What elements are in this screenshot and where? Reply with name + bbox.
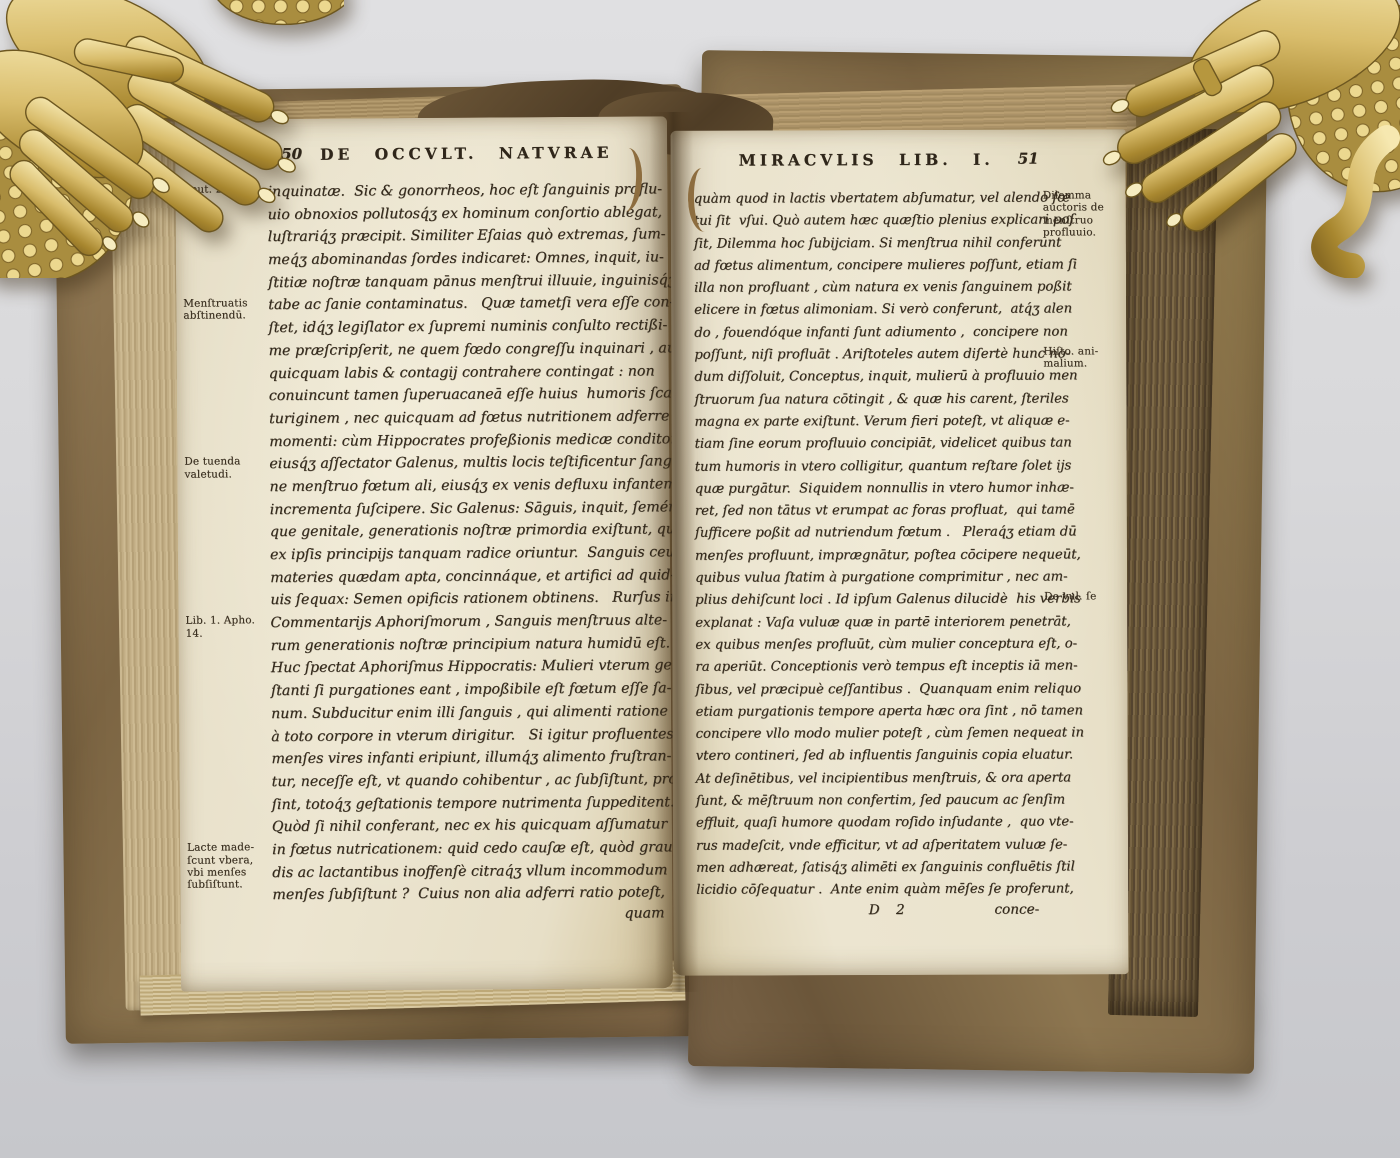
right-text-block: quàm quod in lactis vbertatem abſumatur,… [694, 188, 1041, 903]
gilded-hands-left [0, 0, 344, 278]
text-line: magna ex parte exiſtunt. Verum fieri pot… [695, 410, 1040, 434]
text-line: illa non profluant , cùm natura ex venis… [694, 277, 1039, 301]
text-line: tabe ac ſanie contaminatus. Quæ tametſi … [268, 292, 666, 317]
right-signature-line: D 2 conce- [696, 902, 1041, 925]
text-line: ad fœtus alimentum, concipere mulieres p… [694, 254, 1039, 278]
text-line: ſint, totoq́ʒ geſtationis tempore nutrim… [272, 791, 670, 816]
text-line: ſunt, & mēſtruum non confertim, ſed pauc… [696, 790, 1041, 814]
text-line: ſtruorum ſua natura cōtingit , & quæ his… [694, 388, 1039, 412]
text-line: in fœtus nutricationem: quid cedo cauſæ … [272, 836, 670, 861]
text-line: materies quædam apta, concinnáque, et ar… [270, 564, 668, 589]
margin-note: De tuendavaletudi. [184, 456, 240, 481]
text-line: tum humoris in vtero colligitur, quantum… [695, 455, 1040, 479]
text-line: ſtet, idq́ʒ legiſlator ex ſupremi numini… [268, 314, 666, 339]
margin-note: Lacte made-ſcunt vbera,vbi menſesſubſiſt… [187, 841, 254, 891]
text-line: dum diſſoluit, Conceptus, inquit, mulier… [694, 366, 1039, 390]
text-line: quibus vulua ſtatim à purgatione comprim… [695, 567, 1040, 591]
text-line: rum generationis noſtræ principium natur… [271, 632, 669, 657]
text-line: tiam ſine eorum profluuio concipiāt, vid… [695, 433, 1040, 457]
text-line: ſufficere poßit ad nutriendum fœtum . Pl… [695, 522, 1040, 546]
text-line: quæ purgātur. Siquidem nonnullis in vter… [695, 477, 1040, 501]
text-line: ret, ſed non tātus vt erumpat ac foras p… [695, 500, 1040, 524]
text-line: vtero contineri, ſed ab influentis ſangu… [696, 745, 1041, 769]
lace-cuff-icon [209, 0, 344, 24]
text-line: effluit, quaſi humore quodam roſido inſu… [696, 812, 1041, 836]
right-page-number: 51 [1018, 150, 1039, 168]
text-line: elicere in fœtus alimoniam. Si verò conf… [694, 299, 1039, 323]
text-line: tui ſit vſui. Quò autem hæc quæſtio plen… [694, 210, 1039, 234]
text-line: explanat : Vaſa vuluæ quæ in partē inter… [695, 611, 1040, 635]
text-line: momenti: cùm Hippocrates profeßionis med… [269, 428, 667, 453]
text-line: ex ipſis principijs tanquam radice oriun… [270, 541, 668, 566]
text-line: ra aperiūt. Conceptionis verò tempus eſt… [695, 656, 1040, 680]
text-line: ne menſtruo fœtum ali, eiusq́ʒ ex venis … [269, 473, 667, 498]
right-running-title: MIRACVLIS LIB. I. [739, 150, 994, 170]
text-line: poſſunt, niſi profluāt . Ariſtoteles aut… [694, 344, 1039, 368]
text-line: ſit, Dilemma hoc ſubijciam. Si menſtrua … [694, 232, 1039, 256]
text-line: eiusq́ʒ aſſectator Galenus, multis locis… [269, 451, 667, 476]
gathering-signature: D 2 [869, 902, 911, 918]
text-line: quàm quod in lactis vbertatem abſumatur,… [694, 188, 1039, 212]
text-line: à toto corpore in vterum dirigitur. Si i… [271, 723, 669, 748]
text-line: dis ac lactantibus inoffenſè citraq́ʒ vl… [272, 859, 670, 884]
text-line: menſes vires infanti eripiunt, illumq́ʒ … [271, 745, 669, 770]
text-line: concipere vllo modo mulier poteſt , cùm … [696, 723, 1041, 747]
text-line: At deſinētibus, vel incipientibus menſtr… [696, 767, 1041, 791]
text-line: do , fouendóque infanti ſunt adiumento ,… [694, 321, 1039, 345]
gutter-shadow [649, 112, 699, 992]
text-line: num. Subducitur enim illi ſanguis , qui … [271, 700, 669, 725]
text-line: tur, neceſſe eſt, vt quando cohibentur ,… [272, 768, 670, 793]
left-text-block: inquinatæ. Sic & gonorrheos, hoc eſt ſan… [267, 178, 670, 907]
text-line: quicquam labis & contagij contrahere con… [269, 360, 667, 385]
text-line: plius dehiſcunt loci . Id ipſum Galenus … [695, 589, 1040, 613]
margin-note: Lib. 1. Apho.14. [185, 614, 255, 639]
right-catchword: conce- [994, 902, 1039, 918]
left-catchword: quam [272, 905, 670, 924]
margin-note: Menſtruatisabſtinendū. [183, 297, 248, 322]
photo-scene: 50 DE OCCVLT. NATVRAE Deut. 23.Menſtruat… [0, 0, 1400, 1158]
text-line: incrementa ſuſcipere. Sic Galenus: Sāgui… [270, 496, 668, 521]
text-line: Quòd ſi nihil conferant, nec ex his quic… [272, 814, 670, 839]
text-line: me præſcripſerit, ne quem fœdo congreſſu… [269, 337, 667, 362]
text-line: Commentarijs Aphoriſmorum , Sanguis menſ… [270, 609, 668, 634]
text-line: ex quibus menſes profluūt, cùm mulier co… [695, 633, 1040, 657]
text-line: conuincunt tamen ſuperuacaneā eſſe huius… [269, 382, 667, 407]
text-line: licidio cōſequatur . Ante enim quàm mēſe… [696, 879, 1041, 903]
text-line: ſtanti ſi purgationes eant , impoßibile … [271, 677, 669, 702]
text-line: menſes profluunt, imprægnātur, poſtea cō… [695, 544, 1040, 568]
text-line: que genitale, generationis noſtræ primor… [270, 519, 668, 544]
right-page-header: MIRACVLIS LIB. I. 51 [694, 150, 1039, 175]
text-line: etiam purgationis tempore aperta hæc ora… [696, 700, 1041, 724]
text-line: turiginem , nec quicquam ad fœtus nutrit… [269, 405, 667, 430]
text-line: ſibus, vel præcipuè ceſſantibus . Quanqu… [695, 678, 1040, 702]
text-line: menſes ſubſiſtunt ? Cuius non alia adfer… [272, 882, 670, 907]
gilded-hands-right [1072, 0, 1400, 278]
text-line: uis ſequax: Semen opificis rationem obti… [270, 587, 668, 612]
text-line: Huc ſpectat Aphoriſmus Hippocratis: Muli… [271, 655, 669, 680]
text-line: rus madeſcit, vnde efficitur, vt ad aſpe… [696, 834, 1041, 858]
left-running-title: DE OCCVLT. NATVRAE [320, 143, 613, 164]
right-page: MIRACVLIS LIB. I. 51 Dilemmaauctoris dem… [671, 129, 1129, 976]
text-line: men adhæreat, ſatisq́ʒ alimēti ex ſangui… [696, 856, 1041, 880]
